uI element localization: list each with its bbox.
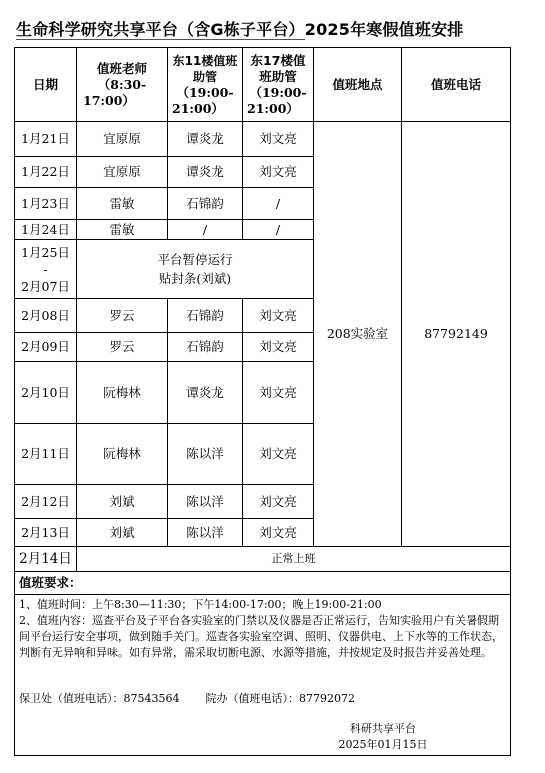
e11-cell: 谭炎龙 [168, 157, 243, 188]
sign-date: 2025年01月15日 [337, 737, 429, 753]
date-cell: 2月09日 [15, 333, 77, 362]
location-cell: 208实验室 [314, 122, 402, 547]
header-row: 日期 值班老师（8:30-17:00） 东11楼值班助管（19:00-21:00… [15, 48, 511, 122]
e11-cell: 谭炎龙 [168, 362, 243, 424]
page-title: 生命科学研究共享平台（含G栋子平台）2025年寒假值班安排 [16, 20, 463, 40]
e11-cell: 陈以洋 [168, 519, 243, 547]
date-cell: 2月10日 [15, 362, 77, 424]
header-location: 值班地点 [314, 48, 402, 122]
requirements-title: 值班要求： [15, 572, 511, 595]
e11-cell: 石锦韵 [168, 333, 243, 362]
teacher-cell: 阮梅林 [77, 362, 168, 424]
signer: 科研共享平台 [337, 721, 429, 737]
suspension-note-cell: 平台暂停运行贴封条(刘斌) [77, 240, 314, 299]
phone-cell: 87792149 [402, 122, 511, 547]
e17-cell: 刘文亮 [243, 519, 314, 547]
teacher-cell: 刘斌 [77, 485, 168, 519]
duty-schedule-table: 日期 值班老师（8:30-17:00） 东11楼值班助管（19:00-21:00… [14, 47, 511, 756]
e17-cell: 刘文亮 [243, 122, 314, 157]
header-e17-assistant: 东17楼值班助管（19:00-21:00） [243, 48, 314, 122]
date-cell: 2月12日 [15, 485, 77, 519]
date-range-cell: 1月25日-2月07日 [15, 240, 77, 299]
e17-cell: 刘文亮 [243, 362, 314, 424]
teacher-cell: 宜原原 [77, 122, 168, 157]
requirement-item-1: 1、值班时间：上午8:30—11:30；下午14:00-17:00；晚上19:0… [19, 597, 506, 613]
normal-work-cell: 正常上班 [77, 547, 511, 572]
header-e11-assistant: 东11楼值班助管（19:00-21:00） [168, 48, 243, 122]
header-phone: 值班电话 [402, 48, 511, 122]
teacher-cell: 雷敏 [77, 220, 168, 240]
teacher-cell: 宜原原 [77, 157, 168, 188]
table-row: 1月21日 宜原原 谭炎龙 刘文亮 208实验室 87792149 [15, 122, 511, 157]
e11-cell: 石锦韵 [168, 299, 243, 333]
date-cell: 2月11日 [15, 424, 77, 485]
e17-cell: 刘文亮 [243, 157, 314, 188]
header-date: 日期 [15, 48, 77, 122]
requirements-header-row: 值班要求： [15, 572, 511, 595]
date-cell: 1月23日 [15, 188, 77, 220]
date-cell: 2月13日 [15, 519, 77, 547]
date-cell: 2月08日 [15, 299, 77, 333]
e17-cell: 刘文亮 [243, 485, 314, 519]
header-teacher: 值班老师（8:30-17:00） [77, 48, 168, 122]
table-row-normal: 2月14日 正常上班 [15, 547, 511, 572]
e11-cell: 陈以洋 [168, 485, 243, 519]
requirement-item-2: 2、值班内容：巡查平台及子平台各实验室的门禁以及仪器是否正常运行，告知实验用户有… [19, 613, 506, 661]
signature-block: 科研共享平台 2025年01月15日 [19, 721, 506, 753]
date-cell: 2月14日 [15, 547, 77, 572]
e17-cell: / [243, 188, 314, 220]
title-part2: 2025年寒假值班安排 [305, 20, 464, 39]
teacher-cell: 阮梅林 [77, 424, 168, 485]
e11-cell: 谭炎龙 [168, 122, 243, 157]
e11-cell: 石锦韵 [168, 188, 243, 220]
teacher-cell: 罗云 [77, 299, 168, 333]
e11-cell: / [168, 220, 243, 240]
security-contact: 保卫处（值班电话）：87543564 [19, 692, 180, 705]
teacher-cell: 雷敏 [77, 188, 168, 220]
requirements-body: 1、值班时间：上午8:30—11:30；下午14:00-17:00；晚上19:0… [15, 595, 511, 756]
teacher-cell: 罗云 [77, 333, 168, 362]
office-contact: 院办（值班电话）：87792072 [206, 692, 356, 705]
title-part1: 生命科学研究共享平台（含G栋子平台） [16, 20, 305, 40]
e11-cell: 陈以洋 [168, 424, 243, 485]
date-cell: 1月24日 [15, 220, 77, 240]
date-cell: 1月22日 [15, 157, 77, 188]
e17-cell: 刘文亮 [243, 333, 314, 362]
e17-cell: 刘文亮 [243, 299, 314, 333]
teacher-cell: 刘斌 [77, 519, 168, 547]
e17-cell: 刘文亮 [243, 424, 314, 485]
date-cell: 1月21日 [15, 122, 77, 157]
emergency-contacts: 保卫处（值班电话）：87543564院办（值班电话）：87792072 [19, 691, 506, 707]
requirements-row: 1、值班时间：上午8:30—11:30；下午14:00-17:00；晚上19:0… [15, 595, 511, 756]
e17-cell: / [243, 220, 314, 240]
